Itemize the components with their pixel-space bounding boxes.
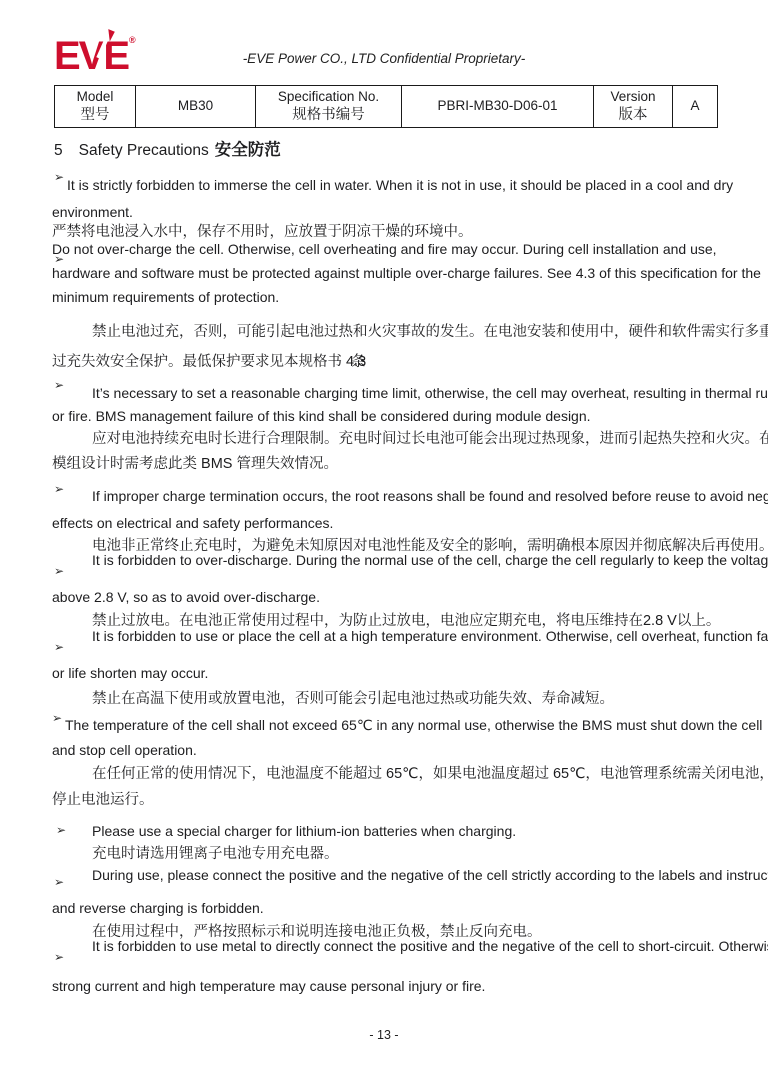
page-number: - 13 - [0, 1028, 768, 1042]
registered-trademark-icon: ® [129, 35, 136, 45]
safety-item2-cn-overlap-glyph: 条 [351, 354, 366, 370]
safety-item1-en-line2: environment. [52, 203, 133, 221]
bullet-arrow-icon: ➢ [52, 712, 62, 724]
confidential-header: -EVE Power CO., LTD Confidential Proprie… [0, 51, 768, 66]
section-number: 5 [54, 142, 63, 159]
safety-item9-en-line2: and reverse charging is forbidden. [52, 899, 264, 917]
safety-item10-en-line1: It is forbidden to use metal to directly… [92, 937, 768, 955]
safety-item2-en-line2: hardware and software must be protected … [52, 264, 761, 282]
safety-item10-en-line2: strong current and high temperature may … [52, 977, 485, 995]
bullet-arrow-icon: ➢ [54, 171, 64, 183]
spec-no-value-cell: PBRI-MB30-D06-01 [401, 86, 593, 127]
bullet-arrow-icon: ➢ [54, 483, 64, 495]
bullet-arrow-icon: ➢ [54, 379, 64, 391]
safety-item3-cn-line1: 应对电池持续充电时长进行合理限制。充电时间过长电池可能会出现过热现象，进而引起热… [92, 430, 768, 448]
safety-item3-en-line1: It’s necessary to set a reasonable charg… [92, 384, 768, 402]
safety-item9-en-line1: During use, please connect the positive … [92, 866, 768, 884]
safety-item2-en-line3: minimum requirements of protection. [52, 288, 279, 306]
safety-item7-cn-line1: 在任何正常的使用情况下，电池温度不能超过 65℃，如果电池温度超过 65℃，电池… [92, 765, 768, 783]
safety-item7-en-line2: and stop cell operation. [52, 741, 197, 759]
safety-item6-en-line2: or life shorten may occur. [52, 664, 208, 682]
spec-no-label-cn: 规格书编号 [292, 106, 365, 126]
safety-item8-en: Please use a special charger for lithium… [92, 822, 516, 840]
safety-item6-en-line1: It is forbidden to use or place the cell… [92, 627, 768, 645]
safety-item7-cn-line2: 停止电池运行。 [52, 791, 154, 809]
spec-no-value: PBRI-MB30-D06-01 [437, 97, 557, 115]
model-label-en: Model [77, 88, 114, 106]
safety-item4-en-line1: If improper charge termination occurs, t… [92, 487, 768, 505]
model-value-cell: MB30 [135, 86, 255, 127]
safety-item7-en-line1: The temperature of the cell shall not ex… [65, 716, 762, 734]
safety-item5-en-line1: It is forbidden to over-discharge. Durin… [92, 551, 768, 569]
safety-item2-cn-line2-text: 过充失效安全保护。最低保护要求见本规格书 4.3 [52, 354, 366, 370]
bullet-arrow-icon: ➢ [54, 876, 64, 888]
safety-item4-en-line2: effects on electrical and safety perform… [52, 514, 333, 532]
safety-item2-cn-line2: 过充失效安全保护。最低保护要求见本规格书 4.3条 [52, 353, 366, 371]
section-heading: 5Safety Precautions安全防范 [54, 136, 281, 160]
section-title-en: Safety Precautions [79, 142, 209, 159]
section-title-cn: 安全防范 [215, 141, 281, 159]
bullet-arrow-icon: ➢ [56, 824, 66, 836]
safety-item5-en-line2: above 2.8 V, so as to avoid over-dischar… [52, 588, 320, 606]
model-value: MB30 [178, 97, 213, 115]
version-label-en: Version [610, 88, 655, 106]
model-label-cn: 型号 [81, 106, 110, 126]
document-page: EVE® -EVE Power CO., LTD Confidential Pr… [0, 0, 768, 1086]
bullet-arrow-icon: ➢ [54, 641, 64, 653]
version-value-cell: A [672, 86, 717, 127]
bullet-arrow-icon: ➢ [54, 951, 64, 963]
safety-item6-cn: 禁止在高温下使用或放置电池，否则可能会引起电池过热或功能失效、寿命减短。 [92, 690, 614, 708]
spec-no-label-cell: Specification No. 规格书编号 [255, 86, 401, 127]
safety-item8-cn: 充电时请选用锂离子电池专用充电器。 [92, 845, 339, 863]
spec-info-table: Model 型号 MB30 Specification No. 规格书编号 PB… [54, 85, 718, 128]
safety-item2-en-line1: Do not over-charge the cell. Otherwise, … [52, 240, 717, 258]
version-label-cell: Version 版本 [593, 86, 672, 127]
safety-item2-cn-line1: 禁止电池过充，否则，可能引起电池过热和火灾事故的发生。在电池安装和使用中，硬件和… [92, 323, 768, 341]
model-label-cell: Model 型号 [55, 86, 135, 127]
safety-item3-cn-line2: 模组设计时需考虑此类 BMS 管理失效情况。 [52, 455, 338, 473]
bullet-arrow-icon: ➢ [54, 565, 64, 577]
spec-no-label-en: Specification No. [278, 88, 379, 106]
version-value: A [690, 97, 699, 115]
version-label-cn: 版本 [619, 106, 648, 126]
safety-item3-en-line2: or fire. BMS management failure of this … [52, 407, 591, 425]
safety-item1-en-line1: It is strictly forbidden to immerse the … [67, 176, 733, 194]
safety-item1-cn: 严禁将电池浸入水中，保存不用时，应放置于阴凉干燥的环境中。 [52, 223, 473, 241]
